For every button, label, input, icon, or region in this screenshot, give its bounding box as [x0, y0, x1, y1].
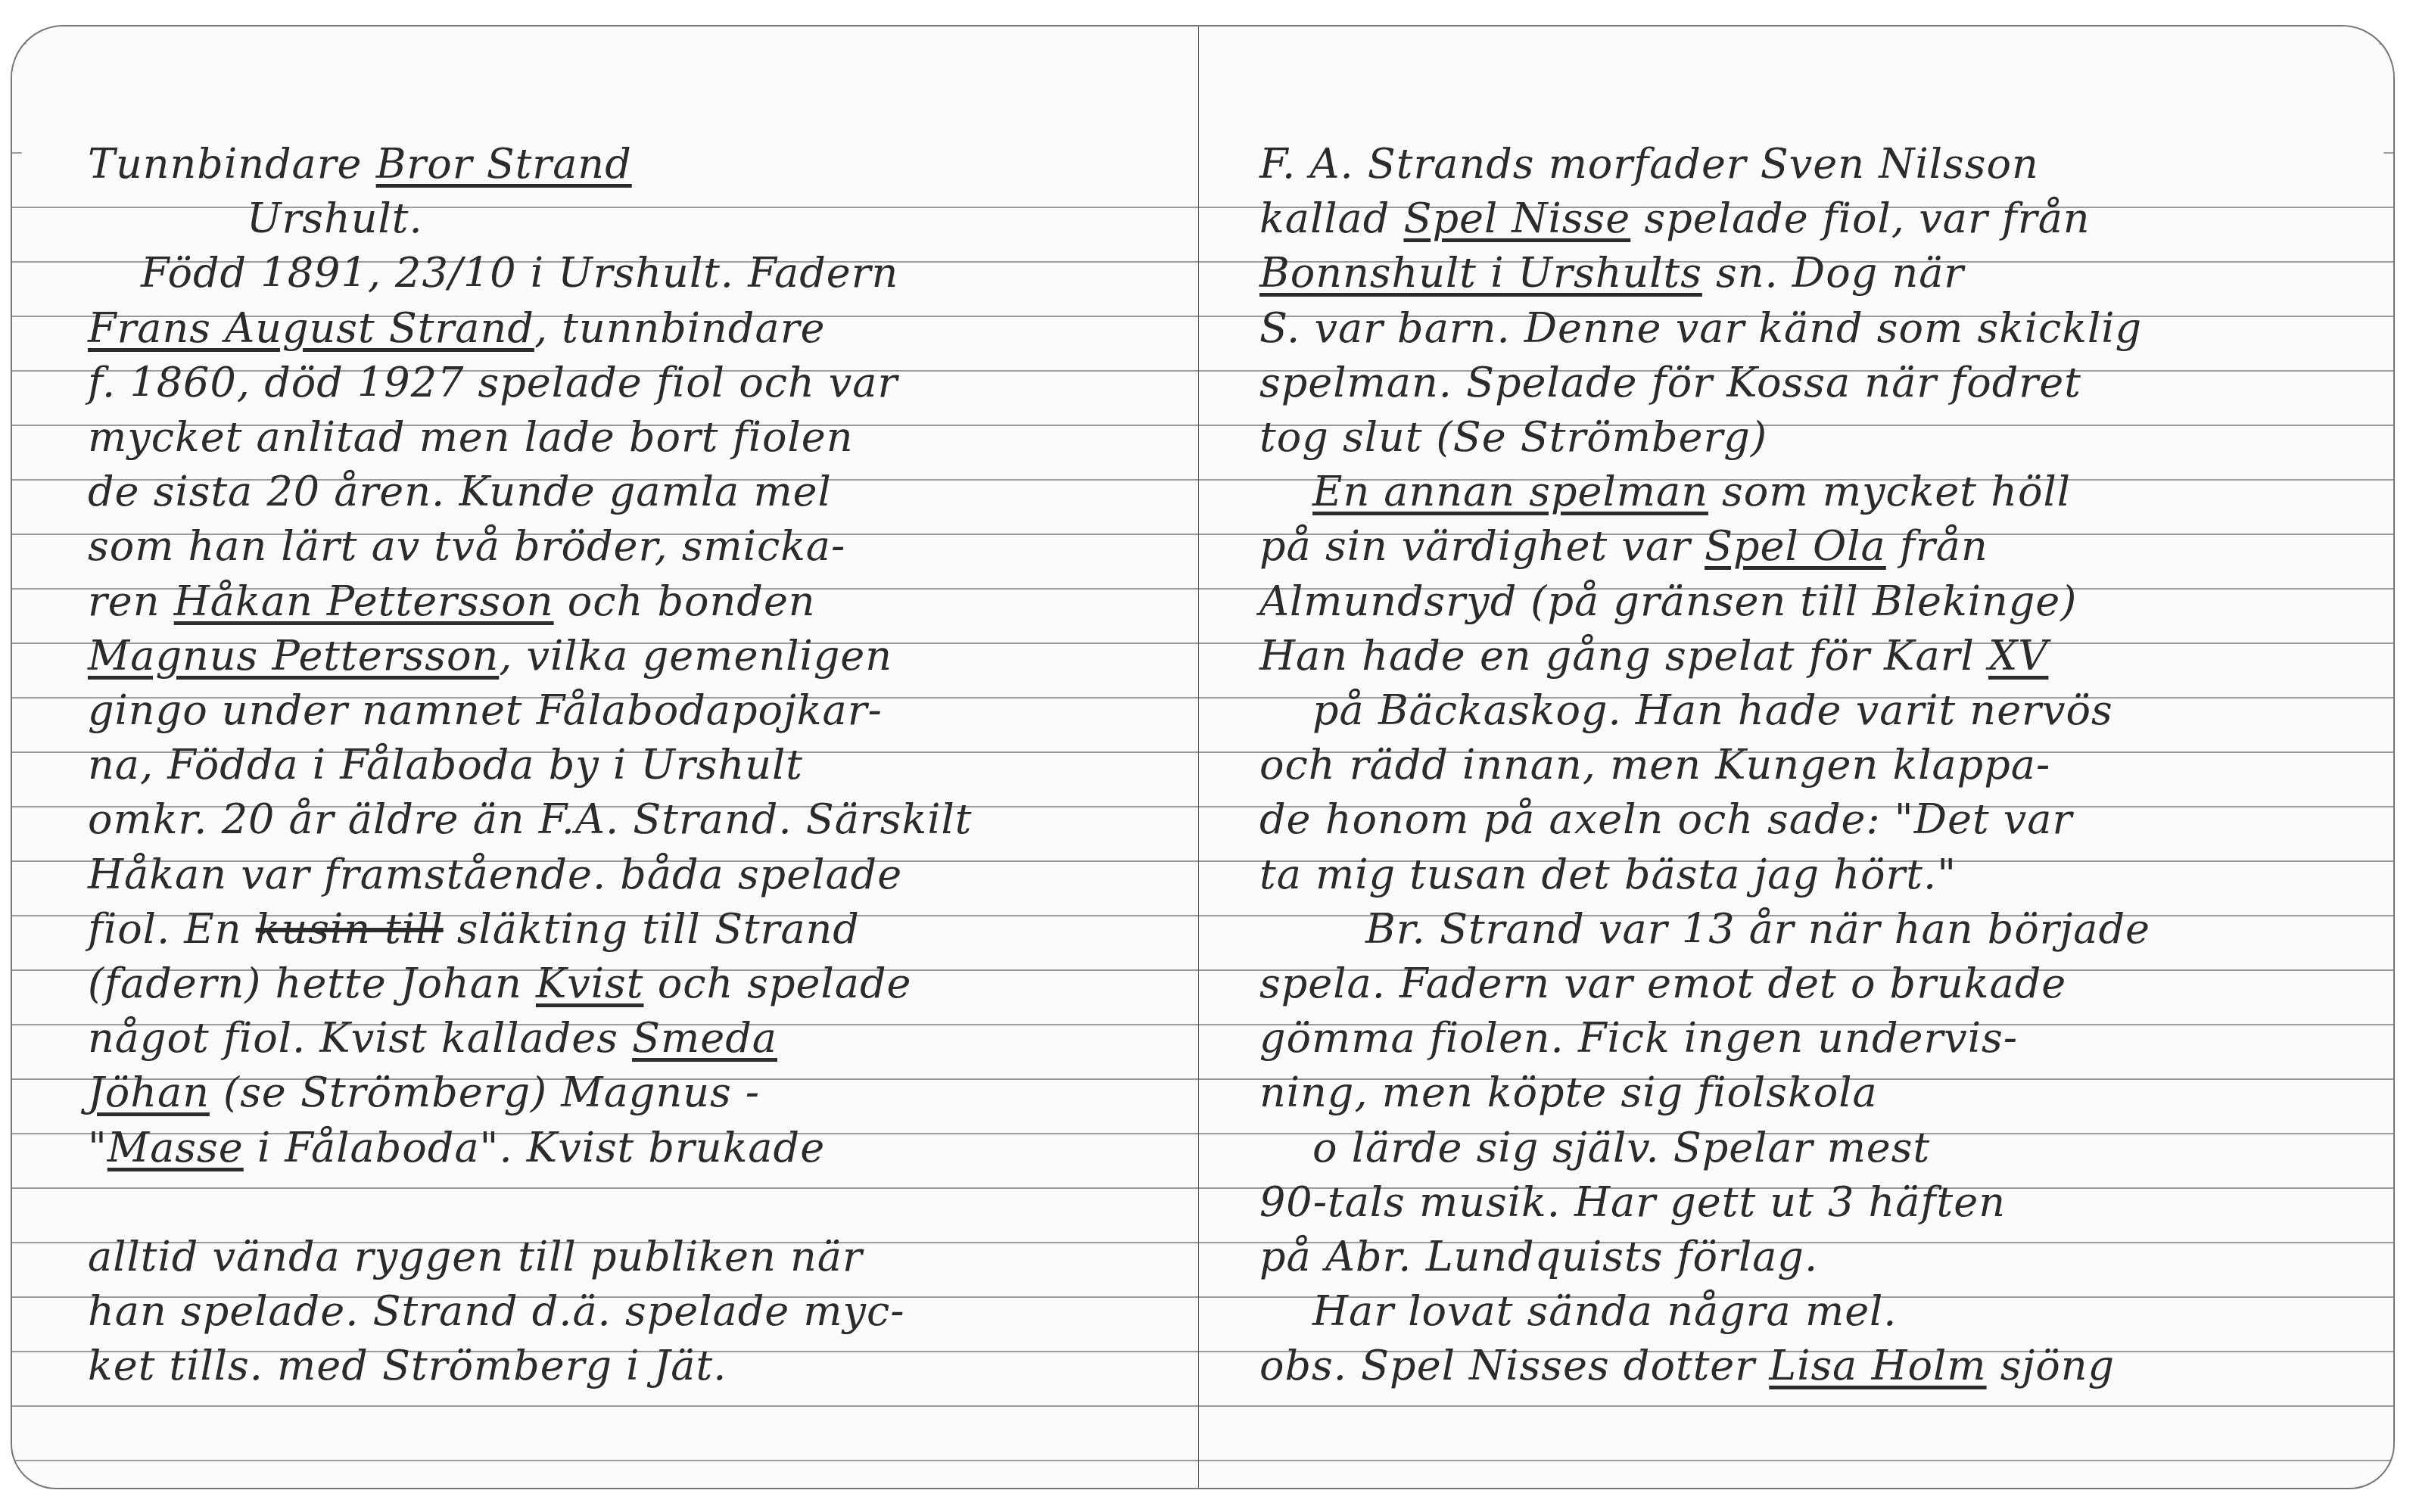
handwritten-line: och rädd innan, men Kungen klappa- — [1259, 741, 2050, 789]
handwritten-line: alltid vända ryggen till publiken när — [88, 1233, 863, 1280]
left-page-text: Tunnbindare Bror StrandUrshult.Född 1891… — [12, 26, 1198, 1488]
handwritten-line: mycket anlitad men lade bort fiolen — [88, 413, 853, 461]
handwritten-line: ket tills. med Strömberg i Jät. — [88, 1342, 727, 1389]
handwritten-line: tog slut (Se Strömberg) — [1259, 413, 1767, 461]
handwritten-line: o lärde sig själv. Spelar mest — [1312, 1124, 1930, 1171]
handwritten-line: på sin värdighet var Spel Ola från — [1259, 522, 1988, 570]
handwritten-line: na, Födda i Fålaboda by i Urshult — [88, 741, 803, 789]
handwritten-line: spela. Fadern var emot det o brukade — [1259, 960, 2066, 1007]
handwritten-line: Jöhan (se Strömberg) Magnus - — [88, 1069, 760, 1116]
handwritten-line: kallad Spel Nisse spelade fiol, var från — [1259, 194, 2091, 242]
handwritten-line: de sista 20 åren. Kunde gamla mel — [88, 468, 832, 515]
handwritten-line: S. var barn. Denne var känd som skicklig — [1259, 304, 2142, 352]
handwritten-line: Har lovat sända några mel. — [1312, 1287, 1898, 1335]
handwritten-line: ning, men köpte sig fiolskola — [1259, 1069, 1878, 1116]
handwritten-line: (fadern) hette Johan Kvist och spelade — [88, 960, 912, 1007]
handwritten-line: gingo under namnet Fålabodapojkar- — [88, 686, 883, 734]
handwritten-line: Urshult. — [247, 194, 423, 242]
handwritten-line: f. 1860, död 1927 spelade fiol och var — [88, 359, 898, 406]
handwritten-line: som han lärt av två bröder, smicka- — [88, 522, 845, 570]
left-page: Tunnbindare Bror StrandUrshult.Född 1891… — [11, 25, 1200, 1489]
handwritten-line: spelman. Spelade för Kossa när fodret — [1259, 359, 2081, 406]
handwritten-line: Håkan var framstående. båda spelade — [88, 851, 902, 898]
handwritten-line: "Masse i Fålaboda". Kvist brukade — [88, 1124, 825, 1171]
handwritten-line: Br. Strand var 13 år när han började — [1365, 905, 2150, 953]
handwritten-line: Frans August Strand, tunnbindare — [88, 304, 825, 352]
handwritten-line: Magnus Pettersson, vilka gemenligen — [88, 632, 892, 680]
handwritten-line: på Abr. Lundquists förlag. — [1259, 1233, 1818, 1280]
handwritten-line: han spelade. Strand d.ä. spelade myc- — [88, 1287, 905, 1335]
handwritten-line: Han hade en gång spelat för Karl XV — [1259, 632, 2048, 680]
handwritten-line: ta mig tusan det bästa jag hört." — [1259, 851, 1957, 898]
notebook-spread: Tunnbindare Bror StrandUrshult.Född 1891… — [11, 25, 2395, 1489]
handwritten-line: ren Håkan Pettersson och bonden — [88, 577, 816, 625]
handwritten-line: fiol. En kusin till släkting till Strand — [88, 905, 860, 953]
handwritten-line: gömma fiolen. Fick ingen undervis- — [1259, 1014, 2018, 1062]
handwritten-line: F. A. Strands morfader Sven Nilsson — [1259, 140, 2039, 188]
handwritten-line: 90-tals musik. Har gett ut 3 häften — [1259, 1178, 2006, 1226]
handwritten-line: Tunnbindare Bror Strand — [88, 140, 632, 188]
handwritten-line: de honom på axeln och sade: "Det var — [1259, 795, 2072, 843]
handwritten-line: obs. Spel Nisses dotter Lisa Holm sjöng — [1259, 1342, 2115, 1389]
handwritten-line: omkr. 20 år äldre än F.A. Strand. Särski… — [88, 795, 972, 843]
right-page: F. A. Strands morfader Sven Nilssonkalla… — [1199, 25, 2395, 1489]
handwritten-line: något fiol. Kvist kallades Smeda — [88, 1014, 777, 1062]
handwritten-line: Född 1891, 23/10 i Urshult. Fadern — [141, 249, 898, 297]
handwritten-line: på Bäckaskog. Han hade varit nervös — [1312, 686, 2113, 734]
handwritten-line: En annan spelman som mycket höll — [1312, 468, 2071, 515]
handwritten-line: Almundsryd (på gränsen till Blekinge) — [1259, 577, 2077, 625]
handwritten-line: Bonnshult i Urshults sn. Dog när — [1259, 249, 1964, 297]
right-page-text: F. A. Strands morfader Sven Nilssonkalla… — [1199, 26, 2393, 1488]
